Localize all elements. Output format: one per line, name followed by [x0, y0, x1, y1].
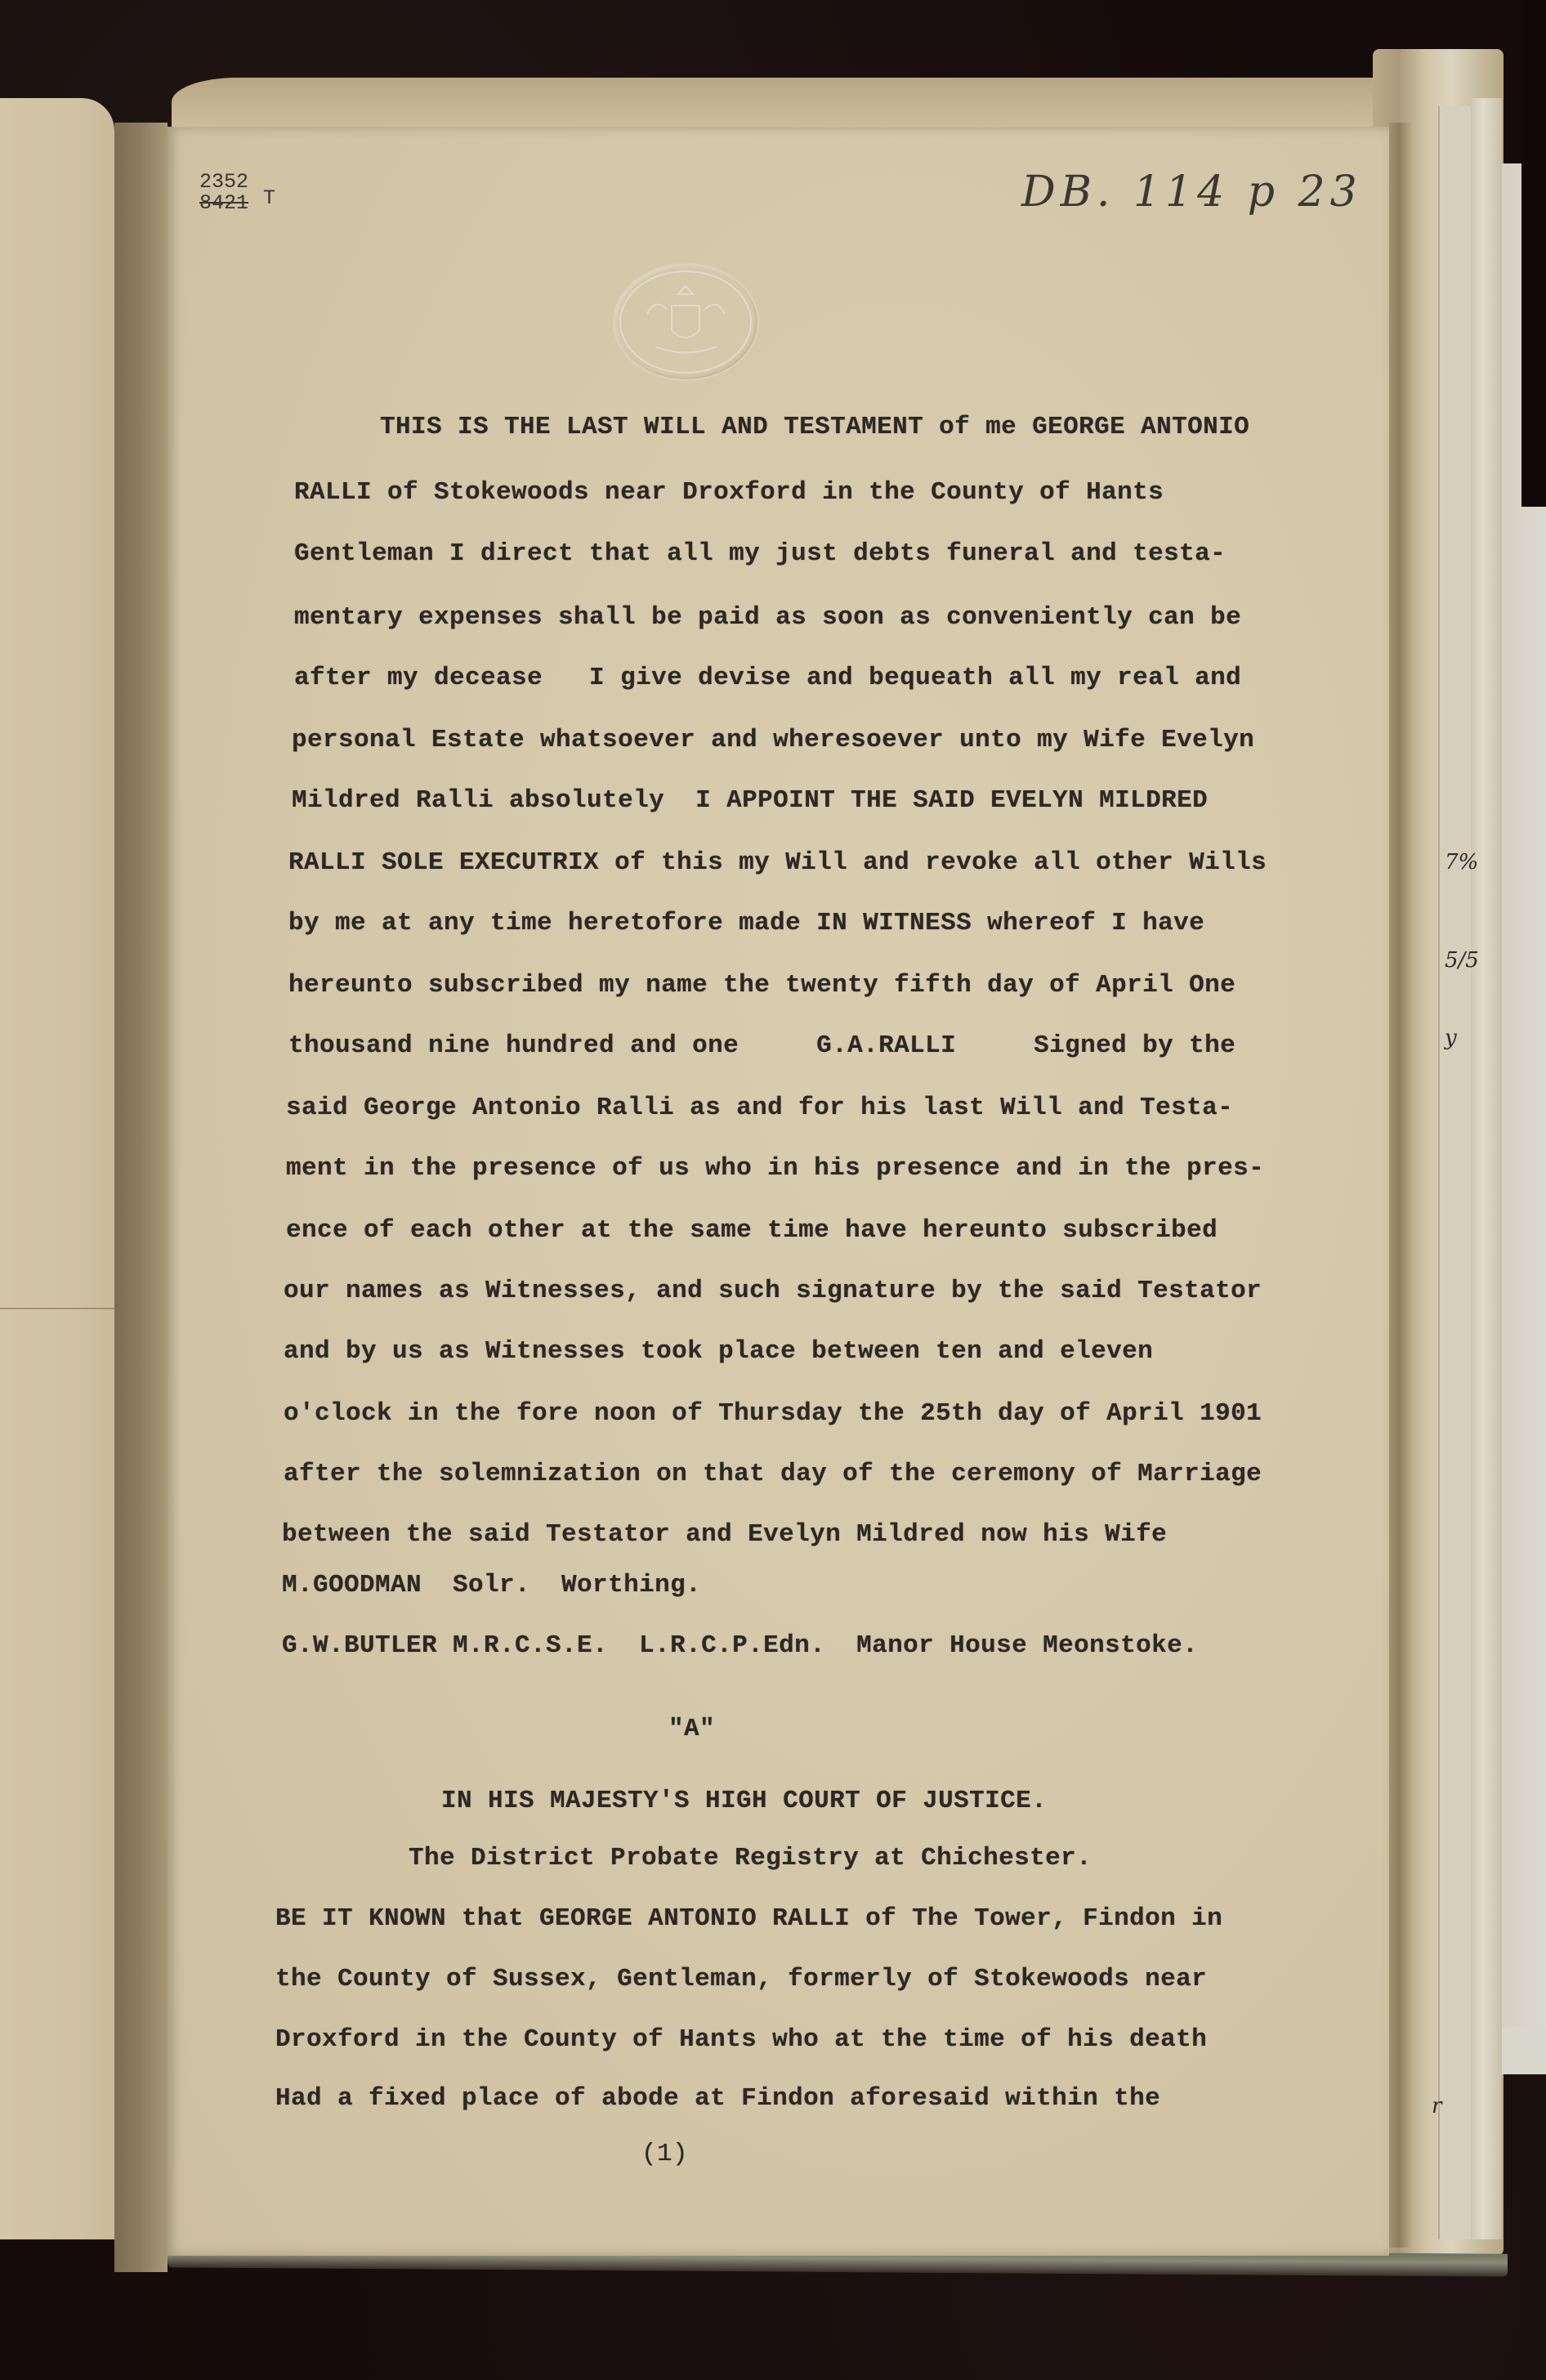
will-text-line: THIS IS THE LAST WILL AND TESTAMENT of m… — [380, 413, 1249, 441]
will-text-line: said George Antonio Ralli as and for his… — [286, 1094, 1233, 1122]
edge-note: r — [1432, 2094, 1441, 2118]
will-text-line: ment in the presence of us who in his pr… — [286, 1154, 1264, 1183]
will-text-line: hereunto subscribed my name the twenty f… — [288, 971, 1235, 1000]
will-text-line: personal Estate whatsoever and wheresoev… — [292, 726, 1254, 754]
will-document-page — [168, 127, 1389, 2256]
will-text-line: ence of each other at the same time have… — [286, 1216, 1218, 1245]
witness-line: M.GOODMAN Solr. Worthing. — [282, 1571, 701, 1599]
will-text-line: after the solemnization on that day of t… — [284, 1460, 1262, 1488]
will-text-line: and by us as Witnesses took place betwee… — [284, 1337, 1153, 1366]
binding-gutter — [114, 123, 168, 2272]
page-fold — [0, 1308, 114, 1309]
page-edge-strip — [1389, 123, 1414, 2248]
reference-number: 2352 8421 T — [199, 172, 248, 214]
embossed-seal-icon — [613, 263, 759, 381]
registry-heading: The District Probate Registry at Chiches… — [409, 1844, 1092, 1872]
reference-number-struck: 8421 — [199, 193, 248, 214]
dark-cloth-background — [1521, 0, 1546, 507]
reference-number-suffix: T — [263, 188, 275, 209]
edge-note: y — [1445, 1026, 1457, 1050]
will-text-line: RALLI of Stokewoods near Droxford in the… — [294, 478, 1164, 507]
handwritten-reference: DB. 114 p 23 — [1021, 168, 1362, 217]
will-text-line: after my decease I give devise and beque… — [294, 664, 1241, 692]
will-text-line: our names as Witnesses, and such signatu… — [284, 1277, 1262, 1305]
will-text-line: o'clock in the fore noon of Thursday the… — [284, 1399, 1262, 1428]
will-text-line: by me at any time heretofore made IN WIT… — [288, 909, 1204, 937]
page-edge-strip — [1438, 106, 1472, 2239]
page-stack-top — [172, 78, 1430, 127]
will-text-line: mentary expenses shall be paid as soon a… — [294, 603, 1241, 632]
will-text-line: thousand nine hundred and one G.A.RALLI … — [288, 1031, 1235, 1060]
left-facing-page — [0, 98, 114, 2239]
probate-text-line: BE IT KNOWN that GEORGE ANTONIO RALLI of… — [275, 1904, 1222, 1933]
edge-note: 7% — [1445, 850, 1478, 875]
probate-text-line: Had a fixed place of abode at Findon afo… — [275, 2084, 1160, 2113]
probate-text-line: Droxford in the County of Hants who at t… — [275, 2025, 1207, 2054]
probate-text-line: the County of Sussex, Gentleman, formerl… — [275, 1965, 1207, 1993]
witness-line: G.W.BUTLER M.R.C.S.E. L.R.C.P.Edn. Manor… — [282, 1631, 1198, 1660]
exhibit-marker: "A" — [668, 1715, 715, 1743]
page-edge-strip — [1471, 98, 1502, 2239]
will-text-line: RALLI SOLE EXECUTRIX of this my Will and… — [288, 848, 1267, 877]
page-number: (1) — [641, 2140, 688, 2168]
reference-number-top: 2352 — [199, 172, 248, 193]
will-text-line: Mildred Ralli absolutely I APPOINT THE S… — [292, 786, 1208, 815]
edge-note: 5/5 — [1445, 948, 1479, 973]
coat-of-arms-icon — [614, 265, 757, 379]
page-corner — [1502, 2027, 1546, 2074]
court-heading: IN HIS MAJESTY'S HIGH COURT OF JUSTICE. — [441, 1787, 1047, 1815]
will-text-line: between the said Testator and Evelyn Mil… — [282, 1520, 1167, 1549]
will-text-line: Gentleman I direct that all my just debt… — [294, 539, 1226, 568]
